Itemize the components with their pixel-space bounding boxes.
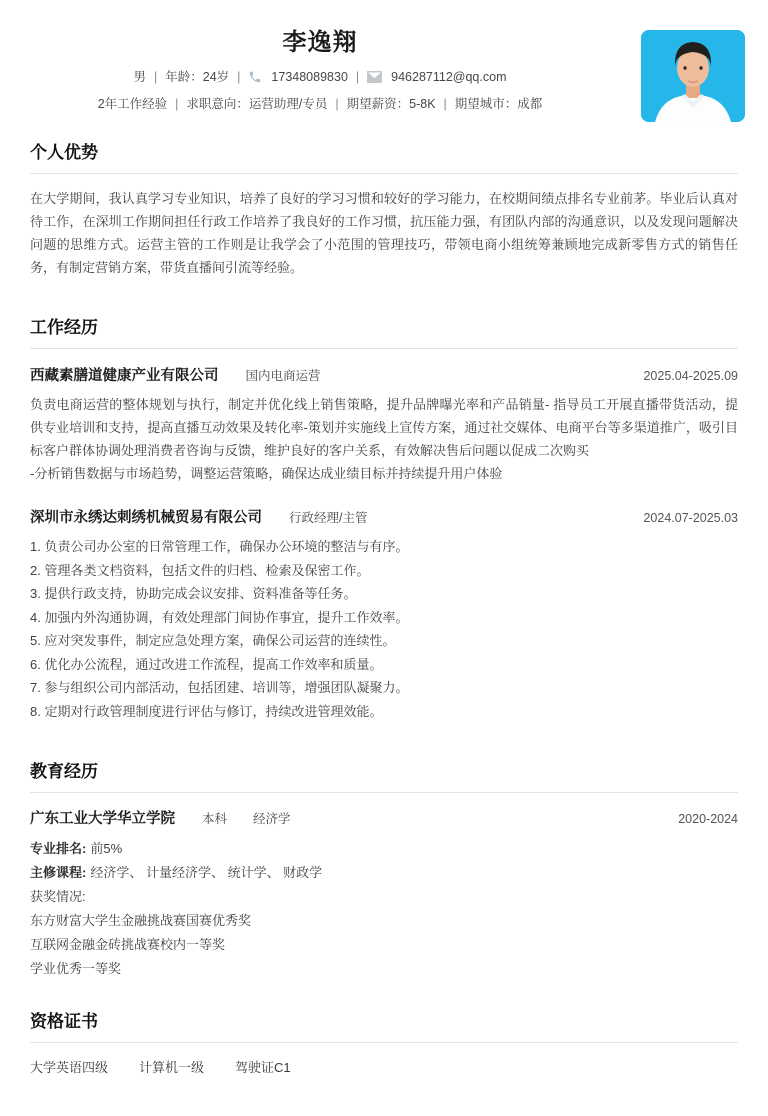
- separator: |: [174, 96, 179, 112]
- major-value: 经济学: [253, 809, 291, 827]
- courses-line: 主修课程:经济学、 计量经济学、 统计学、 财政学: [30, 861, 738, 885]
- section-education: 教育经历 广东工业大学华立学院 本科 经济学 2020-2024 专业排名:前5…: [30, 761, 738, 981]
- section-divider: [30, 173, 738, 174]
- job-description-line: 6. 优化办公流程，通过改进工作流程，提高工作效率和质量。: [30, 653, 738, 677]
- resume-header: 李逸翔 男 | 年龄：24岁 | 17348089830 | 946287112…: [0, 0, 768, 112]
- job-description-line: 4. 加强内外沟通协调，有效处理部门间协作事宜，提升工作效率。: [30, 606, 738, 630]
- section-certificates: 资格证书 大学英语四级 计算机一级 驾驶证C1: [30, 1011, 738, 1076]
- job-position: 国内电商运营: [246, 366, 321, 384]
- degree-value: 本科: [202, 809, 227, 827]
- experience-value: 2年工作经验: [98, 96, 167, 112]
- salary-value: 期望薪资：5-8K: [347, 96, 436, 112]
- company-name: 深圳市永绣达刺绣机械贸易有限公司: [30, 506, 262, 527]
- profile-photo: [641, 30, 745, 122]
- job-description-line: 负责电商运营的整体规划与执行，制定并优化线上销售策略，提升品牌曝光率和产品销量-…: [30, 393, 738, 462]
- job-position: 行政经理/主管: [289, 508, 367, 526]
- section-title-work: 工作经历: [30, 317, 738, 339]
- major-rank-line: 专业排名:前5%: [30, 837, 738, 861]
- section-title-certificates: 资格证书: [30, 1011, 738, 1033]
- age-value: 年龄：24岁: [165, 69, 229, 85]
- courses-label: 主修课程:: [30, 865, 86, 880]
- job-header-row: 深圳市永绣达刺绣机械贸易有限公司 行政经理/主管 2024.07-2025.03: [30, 506, 738, 527]
- phone-icon: [248, 70, 262, 84]
- award-item: 东方财富大学生金融挑战赛国赛优秀奖: [30, 909, 738, 933]
- separator: |: [334, 96, 339, 112]
- separator: |: [355, 69, 360, 85]
- job-period: 2024.07-2025.03: [643, 511, 738, 525]
- job-period: 2025.04-2025.09: [643, 369, 738, 383]
- gender-value: 男: [134, 69, 147, 85]
- certificate-item: 大学英语四级: [30, 1057, 108, 1076]
- certificate-item: 计算机一级: [139, 1057, 204, 1076]
- job-header-row: 西藏素膳道健康产业有限公司 国内电商运营 2025.04-2025.09: [30, 364, 738, 385]
- rank-value: 前5%: [90, 841, 122, 856]
- company-name: 西藏素膳道健康产业有限公司: [30, 364, 219, 385]
- separator: |: [236, 69, 241, 85]
- awards-label-line: 获奖情况:: [30, 885, 738, 909]
- section-title-strengths: 个人优势: [30, 142, 738, 164]
- job-description-line: 5. 应对突发事件，制定应急处理方案，确保公司运营的连续性。: [30, 629, 738, 653]
- portrait-illustration: [641, 30, 745, 122]
- strengths-text: 在大学期间，我认真学习专业知识，培养了良好的学习习惯和较好的学习能力，在校期间绩…: [30, 187, 738, 279]
- job-description-line: 2. 管理各类文档资料，包括文件的归档、检索及保密工作。: [30, 559, 738, 583]
- job-entry: 深圳市永绣达刺绣机械贸易有限公司 行政经理/主管 2024.07-2025.03…: [30, 506, 738, 723]
- city-value: 期望城市：成都: [455, 96, 543, 112]
- job-description-line: 3. 提供行政支持，协助完成会议安排、资料准备等任务。: [30, 582, 738, 606]
- courses-value: 经济学、 计量经济学、 统计学、 财政学: [90, 865, 322, 880]
- intention-info-line: 2年工作经验 | 求职意向：运营助理/专员 | 期望薪资：5-8K | 期望城市…: [0, 96, 640, 112]
- intention-value: 求职意向：运营助理/专员: [186, 96, 327, 112]
- job-description-line: 7. 参与组织公司内部活动，包括团建、培训等，增强团队凝聚力。: [30, 676, 738, 700]
- section-work: 工作经历 西藏素膳道健康产业有限公司 国内电商运营 2025.04-2025.0…: [30, 317, 738, 723]
- certificate-list: 大学英语四级 计算机一级 驾驶证C1: [30, 1057, 738, 1076]
- resume-body: 个人优势 在大学期间，我认真学习专业知识，培养了良好的学习习惯和较好的学习能力，…: [0, 142, 768, 1116]
- separator: |: [443, 96, 448, 112]
- header-text-block: 李逸翔 男 | 年龄：24岁 | 17348089830 | 946287112…: [0, 28, 640, 112]
- job-description-line: 8. 定期对行政管理制度进行评估与修订，持续改进管理效能。: [30, 700, 738, 724]
- job-entry: 西藏素膳道健康产业有限公司 国内电商运营 2025.04-2025.09 负责电…: [30, 364, 738, 485]
- section-divider: [30, 792, 738, 793]
- candidate-name: 李逸翔: [0, 28, 640, 58]
- job-description-line: 1. 负责公司办公室的日常管理工作，确保办公环境的整洁与有序。: [30, 535, 738, 559]
- rank-label: 专业排名:: [30, 841, 86, 856]
- award-item: 互联网金融金砖挑战赛校内一等奖: [30, 933, 738, 957]
- section-title-education: 教育经历: [30, 761, 738, 783]
- job-description: 负责电商运营的整体规划与执行，制定并优化线上销售策略，提升品牌曝光率和产品销量-…: [30, 393, 738, 485]
- certificate-item: 驾驶证C1: [235, 1057, 291, 1076]
- education-details: 专业排名:前5% 主修课程:经济学、 计量经济学、 统计学、 财政学 获奖情况:…: [30, 837, 738, 981]
- section-strengths: 个人优势 在大学期间，我认真学习专业知识，培养了良好的学习习惯和较好的学习能力，…: [30, 142, 738, 279]
- mail-icon: [367, 71, 382, 83]
- email-value: 946287112@qq.com: [391, 69, 506, 85]
- basic-info-line: 男 | 年龄：24岁 | 17348089830 | 946287112@qq.…: [0, 69, 640, 85]
- section-divider: [30, 348, 738, 349]
- phone-value: 17348089830: [271, 69, 347, 85]
- award-item: 学业优秀一等奖: [30, 957, 738, 981]
- job-description-line: -分析销售数据与市场趋势，调整运营策略，确保达成业绩目标并持续提升用户体验: [30, 462, 738, 485]
- education-header-row: 广东工业大学华立学院 本科 经济学 2020-2024: [30, 807, 738, 828]
- education-period: 2020-2024: [678, 812, 738, 826]
- school-name: 广东工业大学华立学院: [30, 807, 175, 828]
- section-divider: [30, 1042, 738, 1043]
- job-description: 1. 负责公司办公室的日常管理工作，确保办公环境的整洁与有序。 2. 管理各类文…: [30, 535, 738, 723]
- separator: |: [153, 69, 158, 85]
